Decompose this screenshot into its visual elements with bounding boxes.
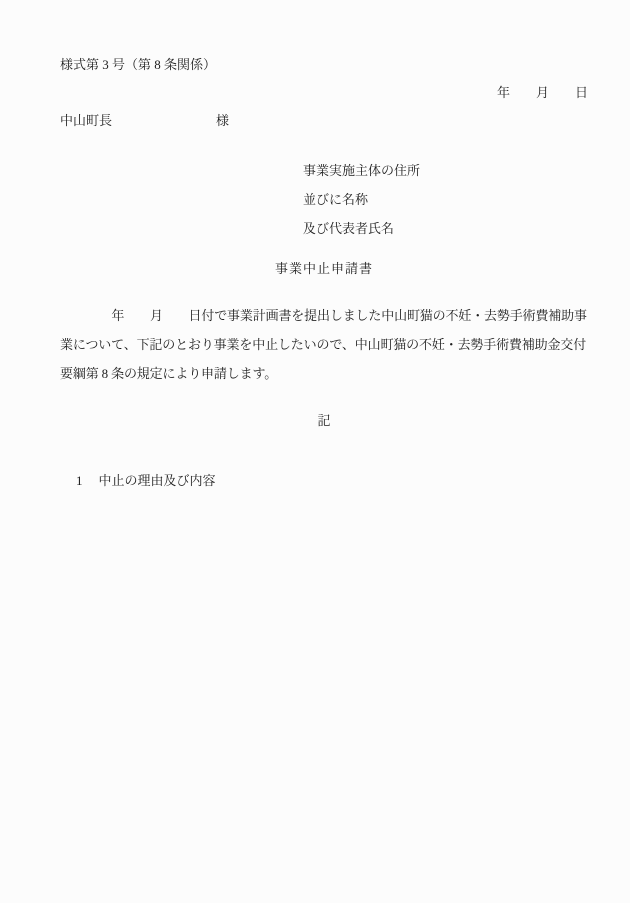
body-paragraph-line-1: 年 月 日付で事業計画書を提出しました中山町猫の不妊・去勢手術費補助事 bbox=[60, 308, 587, 323]
sender-representative-label: 及び代表者氏名 bbox=[303, 221, 394, 236]
addressee-line: 中山町長 様 bbox=[60, 113, 229, 128]
document-title: 事業中止申請書 bbox=[60, 261, 588, 276]
record-marker: 記 bbox=[60, 413, 588, 428]
date-blank-line: 年 月 日 bbox=[497, 85, 588, 100]
form-number: 様式第 3 号（第 8 条関係） bbox=[60, 57, 216, 72]
body-paragraph-line-2: 業について、下記のとおり事業を中止したいので、中山町猫の不妊・去勢手術費補助金交… bbox=[60, 337, 586, 352]
body-paragraph-line-3: 要綱第 8 条の規定により申請します。 bbox=[60, 366, 277, 381]
sender-name-label: 並びに名称 bbox=[303, 192, 368, 207]
list-item-number: 1 bbox=[76, 473, 83, 488]
document-page: 様式第 3 号（第 8 条関係） 年 月 日 中山町長 様 事業実施主体の住所 … bbox=[0, 0, 630, 903]
sender-address-label: 事業実施主体の住所 bbox=[303, 163, 420, 178]
list-item-label: 中止の理由及び内容 bbox=[99, 473, 216, 488]
list-item: 1中止の理由及び内容 bbox=[63, 458, 216, 503]
